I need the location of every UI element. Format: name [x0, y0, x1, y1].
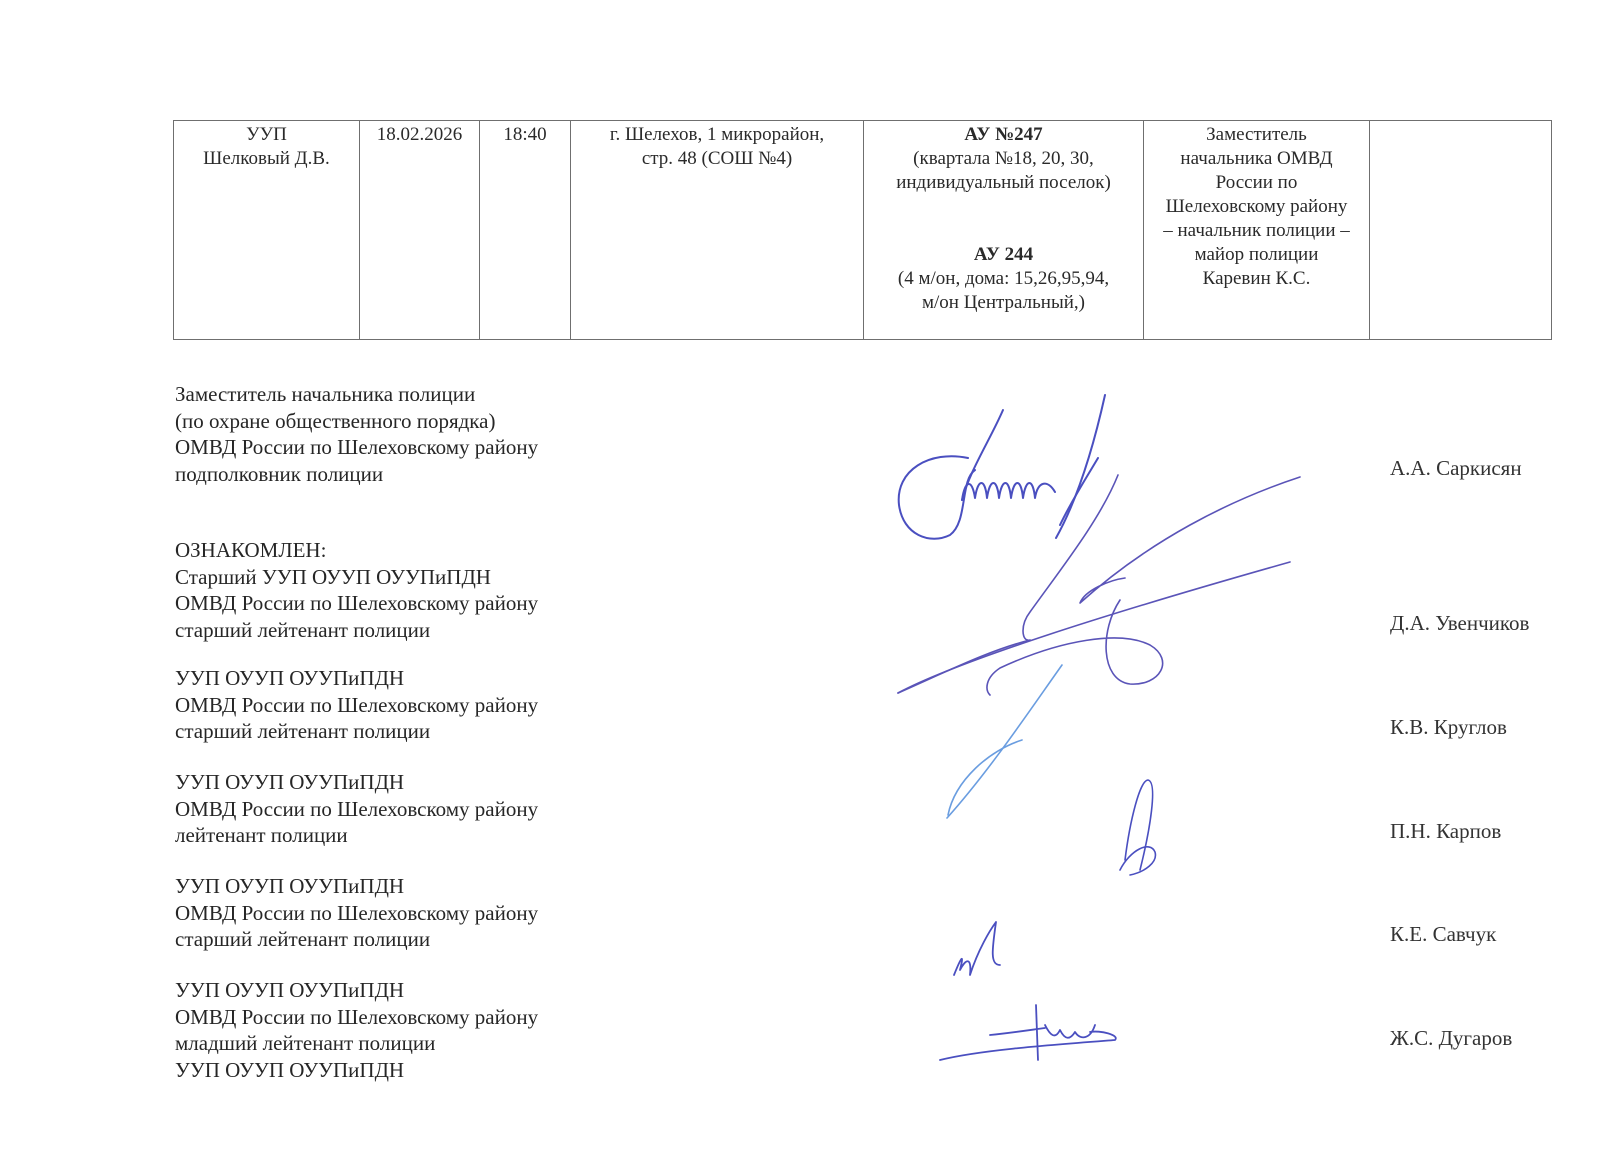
- signature-karpov-tail: [1120, 847, 1155, 875]
- document-page: УУП Шелковый Д.В. 18.02.2026 18:40 г. Ше…: [0, 0, 1600, 1152]
- signature-savchuk: [954, 922, 1000, 975]
- signature-uvenchikov: [898, 475, 1300, 695]
- signature-dugarov: [940, 1005, 1116, 1060]
- signatures: [0, 0, 1600, 1152]
- signature-sarkisyan: [899, 395, 1105, 539]
- signature-kruglov: [947, 665, 1062, 818]
